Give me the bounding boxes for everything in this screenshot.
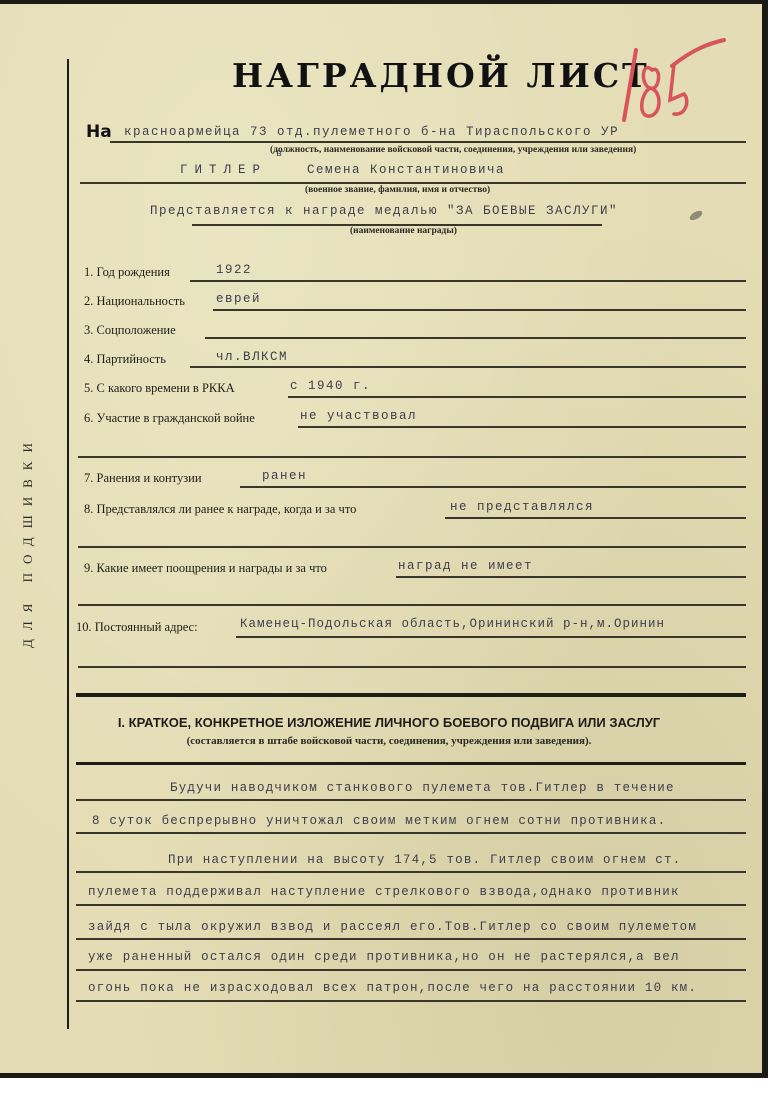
field-party-value: чл.ВЛКСМ <box>216 350 288 364</box>
field-prior-awards-nomination-value: не представлялся <box>450 500 594 514</box>
narrative-line: зайдя с тыла окружил взвод и рассеял его… <box>88 920 697 934</box>
field-rule-continuation <box>78 604 746 606</box>
field-rule <box>213 309 746 311</box>
position-rule <box>110 141 746 143</box>
field-awards-value: наград не имеет <box>398 559 533 573</box>
name-rule <box>80 182 746 184</box>
field-rule <box>240 486 746 488</box>
field-rule <box>396 576 746 578</box>
field-rule <box>236 636 746 638</box>
field-social-status-label: 3. Соцположение <box>84 323 176 338</box>
field-address-value: Каменец-Подольская область,Орининский р-… <box>240 617 665 631</box>
narrative-line: При наступлении на высоту 174,5 тов. Гит… <box>168 853 681 867</box>
surname-value: ГИТЛЕР <box>180 163 267 177</box>
name-caption: (военное звание, фамилия, имя и отчество… <box>305 185 490 195</box>
surname-correction: в <box>276 149 284 160</box>
page-title: НАГРАДНОЙ ЛИСТ <box>232 56 650 95</box>
field-party-label: 4. Партийность <box>84 352 166 367</box>
field-nationality-value: еврей <box>216 292 261 306</box>
section-title: I. КРАТКОЕ, КОНКРЕТНОЕ ИЗЛОЖЕНИЕ ЛИЧНОГО… <box>0 715 778 730</box>
narrative-rule <box>76 871 746 873</box>
narrative-rule <box>76 904 746 906</box>
paper-stain <box>688 209 704 222</box>
narrative-rule <box>76 832 746 834</box>
narrative-rule <box>76 1000 746 1002</box>
given-name-value: Семена Константиновича <box>307 163 505 177</box>
field-wounds-value: ранен <box>262 469 307 483</box>
section-top-divider <box>76 693 746 697</box>
field-rkka-since-label: 5. С какого времени в РККА <box>84 381 235 396</box>
field-rule <box>298 426 746 428</box>
field-civil-war-value: не участвовал <box>300 409 417 423</box>
narrative-rule <box>76 969 746 971</box>
narrative-line: пулемета поддерживал наступление стрелко… <box>88 885 680 899</box>
field-birth-year-value: 1922 <box>216 263 252 277</box>
narrative-line: уже раненный остался один среди противни… <box>88 950 680 964</box>
field-rule-continuation <box>78 546 746 548</box>
red-pencil-archive-number-icon <box>612 30 732 126</box>
award-sheet-page: ДЛЯ ПОДШИВКИ НАГРАДНОЙ ЛИСТ 185 На красн… <box>0 0 768 1078</box>
binding-margin-line <box>67 59 69 1029</box>
narrative-rule <box>76 938 746 940</box>
award-value: Представляется к награде медалью "ЗА БОЕ… <box>150 204 618 218</box>
field-rule <box>190 366 746 368</box>
position-unit-value: красноармейца 73 отд.пулеметного б-на Ти… <box>124 125 619 139</box>
field-prior-awards-nomination-label: 8. Представлялся ли ранее к награде, ког… <box>84 502 356 517</box>
section-subtitle: (составляется в штабе войсковой части, с… <box>0 735 778 747</box>
to-prefix: На <box>86 122 112 142</box>
section-bottom-divider <box>76 762 746 765</box>
field-address-label: 10. Постоянный адрес: <box>76 620 198 635</box>
field-birth-year-label: 1. Год рождения <box>84 265 170 280</box>
field-rule <box>445 517 746 519</box>
binding-label: ДЛЯ ПОДШИВКИ <box>20 404 44 679</box>
field-nationality-label: 2. Национальность <box>84 294 185 309</box>
narrative-line: 8 суток беспрерывно уничтожал своим метк… <box>92 814 666 828</box>
narrative-rule <box>76 799 746 801</box>
field-rkka-since-value: с 1940 г. <box>290 379 371 393</box>
field-wounds-label: 7. Ранения и контузии <box>84 471 202 486</box>
field-rule-continuation <box>78 666 746 668</box>
narrative-line: огонь пока не израсходовал всех патрон,п… <box>88 981 697 995</box>
field-awards-label: 9. Какие имеет поощрения и награды и за … <box>84 561 327 576</box>
field-rule-continuation <box>78 456 746 458</box>
field-rule <box>288 396 746 398</box>
narrative-line: Будучи наводчиком станкового пулемета то… <box>170 781 675 795</box>
position-unit-caption: (должность, наименование войсковой части… <box>270 145 636 155</box>
field-civil-war-label: 6. Участие в гражданской войне <box>84 411 255 426</box>
field-rule <box>205 337 746 339</box>
field-rule <box>190 280 746 282</box>
award-caption: (наименование награды) <box>350 226 457 236</box>
